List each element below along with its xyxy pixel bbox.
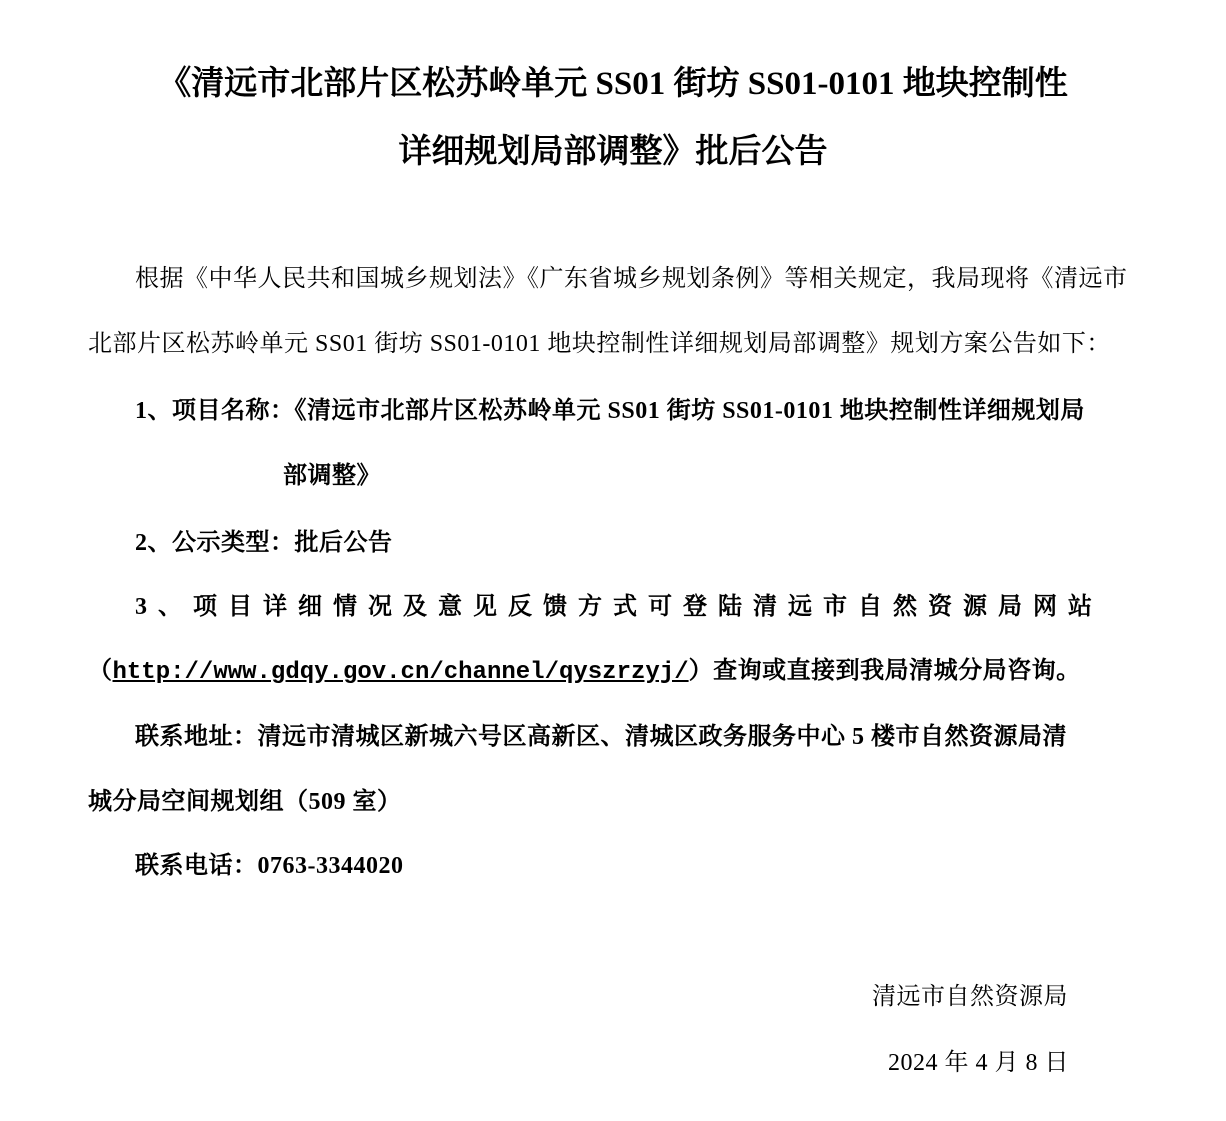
item-1-project-name-line-1: 1、项目名称：《清远市北部片区松苏岭单元 SS01 街坊 SS01-0101 地… xyxy=(135,394,1085,428)
open-paren: （ xyxy=(88,658,113,684)
intro-paragraph-line-2: 北部片区松苏岭单元 SS01 街坊 SS01-0101 地块控制性详细规划局部调… xyxy=(88,327,1111,361)
announcement-document: 《清远市北部片区松苏岭单元 SS01 街坊 SS01-0101 地块控制性 详细… xyxy=(0,0,1226,1121)
document-title-line-2: 详细规划局部调整》批后公告 xyxy=(0,132,1226,172)
document-title-line-1: 《清远市北部片区松苏岭单元 SS01 街坊 SS01-0101 地块控制性 xyxy=(0,64,1226,104)
website-url-link[interactable]: http://www.gdqy.gov.cn/channel/qyszrzyj/ xyxy=(113,659,689,686)
signature-agency-name: 清远市自然资源局 xyxy=(872,980,1068,1014)
after-url-text: ）查询或直接到我局清城分局咨询。 xyxy=(689,658,1081,684)
item-2-announcement-type: 2、公示类型：批后公告 xyxy=(135,526,393,560)
contact-address-line-1: 联系地址：清远市清城区新城六号区高新区、清城区政务服务中心 5 楼市自然资源局清 xyxy=(135,720,1067,754)
intro-paragraph-line-1: 根据《中华人民共和国城乡规划法》《广东省城乡规划条例》等相关规定，我局现将《清远… xyxy=(135,262,1128,296)
item-1-project-name-line-2: 部调整》 xyxy=(283,459,381,493)
item-3-feedback-info-line-2: （http://www.gdqy.gov.cn/channel/qyszrzyj… xyxy=(88,654,1081,690)
signature-date: 2024 年 4 月 8 日 xyxy=(888,1046,1069,1080)
item-3-feedback-info-line-1: 3、项目详细情况及意见反馈方式可登陆清远市自然资源局网站 xyxy=(135,590,1103,624)
contact-phone: 联系电话：0763-3344020 xyxy=(135,849,404,883)
contact-address-line-2: 城分局空间规划组（509 室） xyxy=(88,785,402,819)
